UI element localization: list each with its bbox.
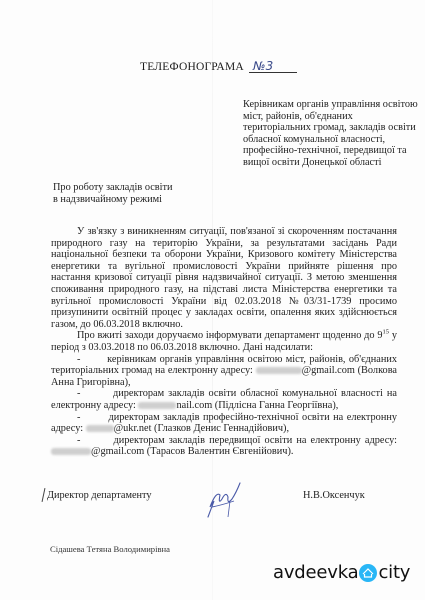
- list-dash: -: [77, 388, 80, 399]
- paragraph-1: У зв'язку з виникненням ситуації, пов'яз…: [51, 226, 397, 330]
- redacted-email: [86, 425, 114, 432]
- list-item: - директорам закладів професійно-технічн…: [51, 412, 397, 435]
- email-domain: @gmail.com: [302, 365, 355, 376]
- redacted-email: [138, 402, 176, 409]
- email-domain: @ukr.net: [114, 423, 152, 434]
- document-page: ТЕЛЕФОНОГРАМА №3 Керівникам органів упра…: [0, 0, 425, 600]
- document-title: ТЕЛЕФОНОГРАМА №3: [140, 60, 297, 73]
- signature-row: Директор департаменту Н.В.Оксенчук: [0, 475, 425, 525]
- title-text: ТЕЛЕФОНОГРАМА: [140, 61, 244, 73]
- list-item: - керівникам органів управління освітою …: [51, 354, 397, 389]
- contact-name: (Тарасов Валентин Євгенійович).: [144, 446, 293, 457]
- subject-line-2: в надзвичайному режимі: [53, 194, 243, 206]
- document-number: №3: [249, 60, 297, 73]
- list-dash: -: [77, 435, 80, 446]
- contact-name: (Підлісна Ганна Георгіївна),: [212, 400, 338, 411]
- redacted-email: [51, 448, 91, 455]
- email-domain: @gmail.com: [91, 446, 144, 457]
- subject-line-1: Про роботу закладів освіти: [53, 182, 243, 194]
- subject-block: Про роботу закладів освіти в надзвичайно…: [53, 182, 243, 205]
- signatory-name: Н.В.Оксенчук: [303, 490, 365, 501]
- list-dash: -: [77, 412, 80, 423]
- recipient-block: Керівникам органів управління освітою мі…: [243, 99, 423, 169]
- handwritten-signature-icon: [200, 477, 250, 521]
- list-item: - директорам закладів передвищої освіти …: [51, 435, 397, 458]
- paragraph-2-start: Про вжиті заходи доручаємо інформувати д…: [77, 330, 383, 341]
- email-domain: nail.com: [176, 400, 212, 411]
- logo-house-icon: [359, 564, 377, 582]
- list-item-text: директорам закладів передвищої освіти на…: [114, 435, 398, 446]
- logo-text-left: avdeevka: [273, 562, 358, 583]
- executor-name: Сідашева Тетяна Володимирівна: [50, 544, 170, 554]
- signatory-role: Директор департаменту: [47, 490, 152, 501]
- watermark-logo: avdeevka city: [273, 557, 410, 587]
- redacted-email: [256, 367, 302, 374]
- list-dash: -: [77, 354, 80, 365]
- logo-text-right: city: [378, 562, 410, 583]
- paragraph-2: Про вжиті заходи доручаємо інформувати д…: [51, 330, 397, 353]
- contact-name: (Глазков Денис Геннадійович),: [151, 423, 289, 434]
- document-body: У зв'язку з виникненням ситуації, пов'яз…: [51, 226, 397, 458]
- list-item: - директорам закладів освіти обласної ко…: [51, 388, 397, 411]
